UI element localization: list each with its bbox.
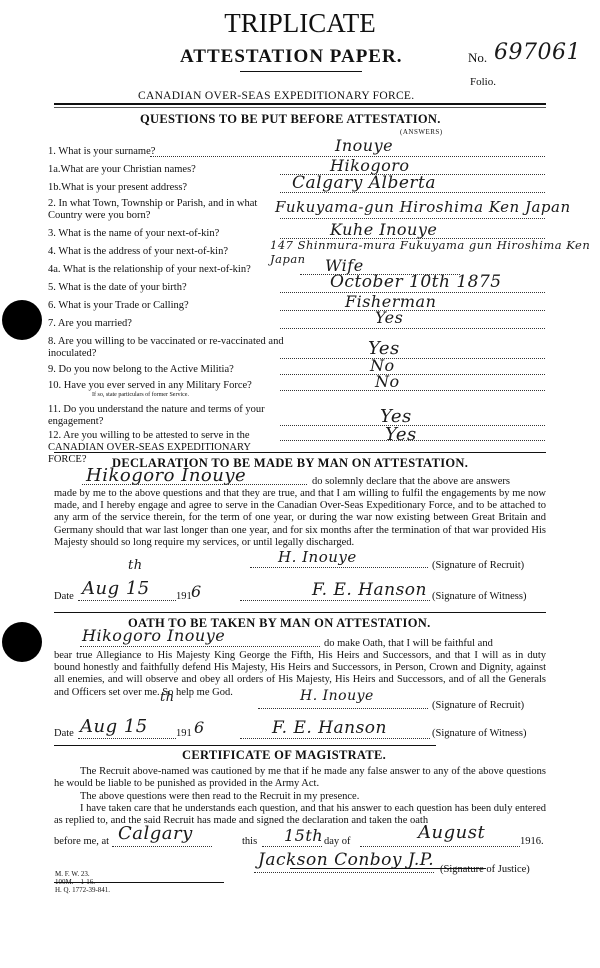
form-reference: M. F. W. 23. 100M.—1-16. H. Q. 1772-39-8… bbox=[55, 870, 110, 894]
question-3: 3. What is the name of your next-of-kin? bbox=[48, 228, 283, 240]
answer-next-of-kin-address: 147 Shinmura-mura Fukuyama gun Hiroshima… bbox=[270, 238, 600, 266]
date-label: Date bbox=[54, 728, 74, 739]
punch-hole-top bbox=[2, 300, 42, 340]
witness-line bbox=[240, 738, 430, 739]
certificate-heading: CERTIFICATE OF MAGISTRATE. bbox=[182, 748, 386, 763]
oath-text-start: do make Oath, that I will be faithful an… bbox=[324, 638, 493, 650]
date-label: Date bbox=[54, 591, 74, 602]
date-line bbox=[78, 738, 176, 739]
certificate-year: 1916. bbox=[520, 836, 544, 847]
question-4a: 4a. What is the relationship of your nex… bbox=[48, 264, 283, 276]
oath-name-line bbox=[80, 646, 320, 647]
print-run: 100M.—1-16. bbox=[55, 878, 110, 886]
day-of-label: day of bbox=[324, 836, 351, 847]
signature-line bbox=[258, 708, 428, 709]
oath-date: Aug 15 bbox=[80, 716, 148, 737]
justice-line bbox=[254, 872, 434, 873]
number-label: No. bbox=[468, 50, 487, 66]
form-code: M. F. W. 23. bbox=[55, 870, 110, 878]
section-rule bbox=[54, 452, 546, 453]
force-name: CANADIAN OVER-SEAS EXPEDITIONARY FORCE. bbox=[138, 90, 414, 102]
witness-line bbox=[240, 600, 430, 601]
this-label: this bbox=[242, 836, 257, 847]
recruit-signature-label: (Signature of Recruit) bbox=[432, 560, 524, 571]
declaration-name: Hikogoro Inouye bbox=[86, 465, 246, 486]
document-title: TRIPLICATE bbox=[0, 8, 600, 39]
question-6: 6. What is your Trade or Calling? bbox=[48, 300, 283, 312]
declaration-recruit-signature: H. Inouye bbox=[278, 548, 357, 566]
place-line bbox=[112, 846, 212, 847]
witness-signature-label: (Signature of Witness) bbox=[432, 591, 526, 602]
document-subtitle: ATTESTATION PAPER. bbox=[180, 46, 402, 68]
oath-date-suffix: th bbox=[160, 690, 175, 705]
declaration-name-line bbox=[82, 484, 307, 485]
declaration-text: made by me to the above questions and th… bbox=[54, 488, 546, 549]
question-2: 2. In what Town, Township or Parish, and… bbox=[48, 198, 288, 222]
oath-year-prefix: 191 bbox=[176, 728, 192, 739]
declaration-witness-signature: F. E. Hanson bbox=[312, 580, 427, 600]
question-9: 9. Do you now belong to the Active Milit… bbox=[48, 364, 283, 376]
header-rule-thin bbox=[54, 107, 546, 108]
answer-line bbox=[280, 374, 545, 375]
answer-line bbox=[280, 218, 545, 219]
bottom-rule bbox=[290, 868, 486, 869]
question-4: 4. What is the address of your next-of-k… bbox=[48, 246, 283, 258]
justice-signature: Jackson Conboy J.P. bbox=[258, 850, 434, 870]
header-rule bbox=[54, 103, 546, 105]
certificate-day: 15th bbox=[284, 826, 323, 845]
answer-line bbox=[280, 390, 545, 391]
certificate-para-1: The Recruit above-named was cautioned by… bbox=[54, 766, 546, 790]
date-line bbox=[78, 600, 176, 601]
certificate-month: August bbox=[418, 822, 485, 843]
question-10: 10. Have you ever served in any Military… bbox=[48, 380, 283, 392]
recruit-signature-label: (Signature of Recruit) bbox=[432, 700, 524, 711]
declaration-year: 6 bbox=[191, 582, 202, 601]
question-10-note: If so, state particulars of former Servi… bbox=[92, 392, 189, 398]
oath-name: Hikogoro Inouye bbox=[82, 626, 225, 645]
answer-birthplace: Fukuyama-gun Hiroshima Ken Japan bbox=[275, 198, 571, 216]
question-1a: 1a.What are your Christian names? bbox=[48, 164, 283, 176]
answer-present-address: Calgary Alberta bbox=[292, 173, 436, 193]
answer-married: Yes bbox=[375, 308, 403, 327]
answer-line bbox=[280, 156, 545, 157]
certificate-para-2: The above questions were then read to th… bbox=[54, 791, 546, 803]
oath-witness-signature: F. E. Hanson bbox=[272, 718, 387, 738]
signature-line bbox=[250, 567, 428, 568]
declaration-year-prefix: 191 bbox=[176, 591, 192, 602]
folio-label: Folio. bbox=[470, 76, 496, 88]
answer-next-of-kin-name: Kuhe Inouye bbox=[330, 220, 437, 239]
month-line bbox=[360, 846, 520, 847]
question-5: 5. What is the date of your birth? bbox=[48, 282, 283, 294]
declaration-text-start: do solemnly declare that the above are a… bbox=[312, 476, 510, 488]
oath-recruit-signature: H. Inouye bbox=[300, 688, 374, 704]
hq-reference: H. Q. 1772-39-841. bbox=[55, 886, 110, 894]
section-rule bbox=[54, 612, 546, 613]
question-11: 11. Do you understand the nature and ter… bbox=[48, 404, 288, 428]
punch-hole-bottom bbox=[2, 622, 42, 662]
title-underline bbox=[240, 71, 362, 72]
declaration-date: Aug 15 bbox=[82, 578, 150, 599]
before-me-label: before me, at bbox=[54, 836, 109, 847]
witness-signature-label: (Signature of Witness) bbox=[432, 728, 526, 739]
justice-signature-label: (Signature of Justice) bbox=[440, 864, 530, 875]
section-rule bbox=[54, 745, 436, 746]
answer-line bbox=[150, 156, 280, 157]
question-8: 8. Are you willing to be vaccinated or r… bbox=[48, 336, 288, 360]
question-7: 7. Are you married? bbox=[48, 318, 283, 330]
answer-date-of-birth: October 10th 1875 bbox=[330, 272, 502, 292]
answer-line bbox=[280, 358, 545, 359]
questions-heading: QUESTIONS TO BE PUT BEFORE ATTESTATION. bbox=[140, 112, 441, 127]
answer-line bbox=[280, 328, 545, 329]
oath-year: 6 bbox=[194, 718, 205, 737]
answers-label: (ANSWERS) bbox=[400, 128, 443, 136]
question-1b: 1b.What is your present address? bbox=[48, 182, 283, 194]
answer-surname: Inouye bbox=[335, 136, 393, 155]
day-line bbox=[262, 846, 322, 847]
answer-military-service: No bbox=[375, 372, 400, 391]
answer-willing-to-serve: Yes bbox=[385, 424, 417, 445]
certificate-place: Calgary bbox=[118, 823, 193, 844]
regimental-number: 697061 bbox=[494, 40, 581, 65]
declaration-date-suffix: th bbox=[128, 558, 143, 573]
